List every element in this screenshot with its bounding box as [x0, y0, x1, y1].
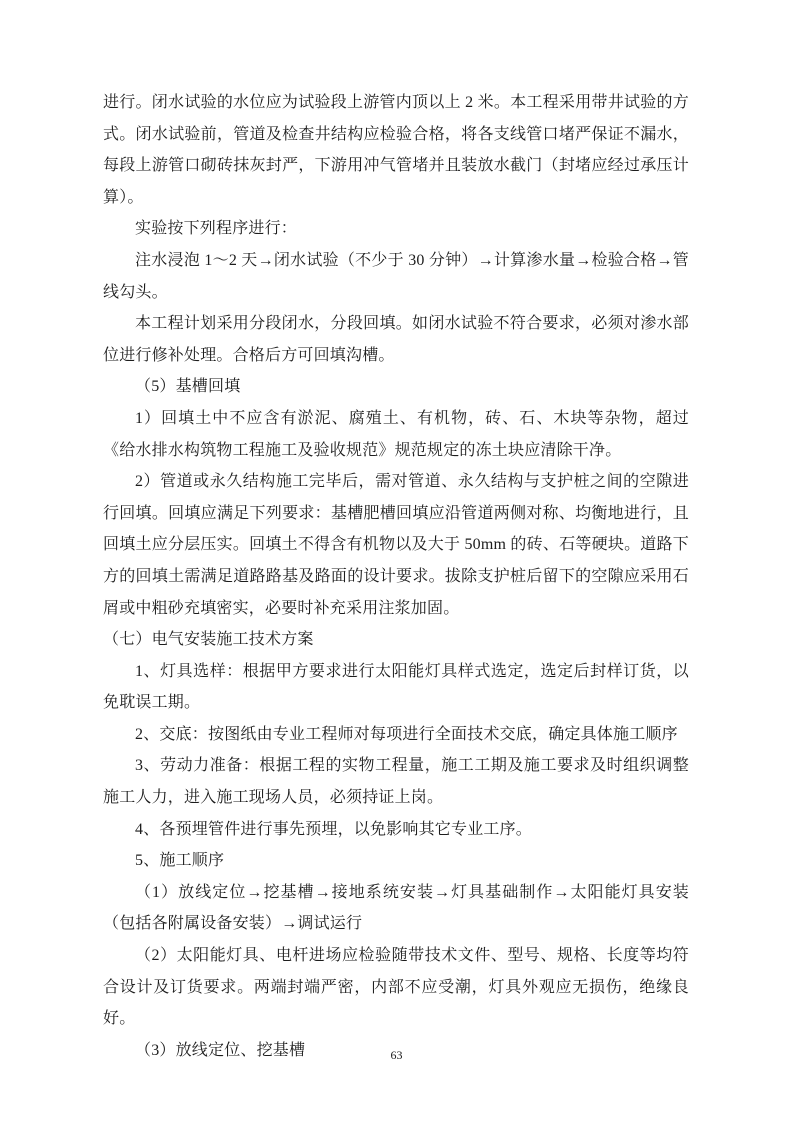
paragraph: （2）太阳能灯具、电杆进场应检验随带技术文件、型号、规格、长度等均符合设计及订货… — [103, 940, 689, 1035]
paragraph: 本工程计划采用分段闭水，分段回填。如闭水试验不符合要求，必须对渗水部位进行修补处… — [103, 308, 689, 371]
document-body: 进行。闭水试验的水位应为试验段上游管内顶以上 2 米。本工程采用带井试验的方式。… — [103, 87, 689, 1066]
paragraph: 实验按下列程序进行： — [103, 213, 689, 245]
paragraph: 3、劳动力准备：根据工程的实物工程量，施工工期及施工要求及时组织调整施工人力，进… — [103, 750, 689, 813]
paragraph: （1）放线定位→挖基槽→接地系统安装→灯具基础制作→太阳能灯具安装（包括各附属设… — [103, 877, 689, 940]
paragraph: 2、交底：按图纸由专业工程师对每项进行全面技术交底，确定具体施工顺序 — [103, 719, 689, 751]
paragraph: 2）管道或永久结构施工完毕后，需对管道、永久结构与支护桩之间的空隙进行回填。回填… — [103, 466, 689, 624]
page-number: 63 — [391, 1048, 403, 1062]
page-footer: 63 — [0, 1046, 793, 1064]
paragraph: 1、灯具选样：根据甲方要求进行太阳能灯具样式选定，选定后封样订货，以免耽误工期。 — [103, 656, 689, 719]
paragraph: 4、各预埋管件进行事先预埋，以免影响其它专业工序。 — [103, 814, 689, 846]
paragraph: （5）基槽回填 — [103, 371, 689, 403]
paragraph: 注水浸泡 1～2 天→闭水试验（不少于 30 分钟）→计算渗水量→检验合格→管线… — [103, 245, 689, 308]
paragraph: 5、施工顺序 — [103, 845, 689, 877]
document-page: 进行。闭水试验的水位应为试验段上游管内顶以上 2 米。本工程采用带井试验的方式。… — [0, 0, 793, 1122]
paragraph: 进行。闭水试验的水位应为试验段上游管内顶以上 2 米。本工程采用带井试验的方式。… — [103, 87, 689, 213]
paragraph: 1）回填土中不应含有淤泥、腐殖土、有机物，砖、石、木块等杂物，超过《给水排水构筑… — [103, 403, 689, 466]
paragraph: （七）电气安装施工技术方案 — [103, 624, 689, 656]
